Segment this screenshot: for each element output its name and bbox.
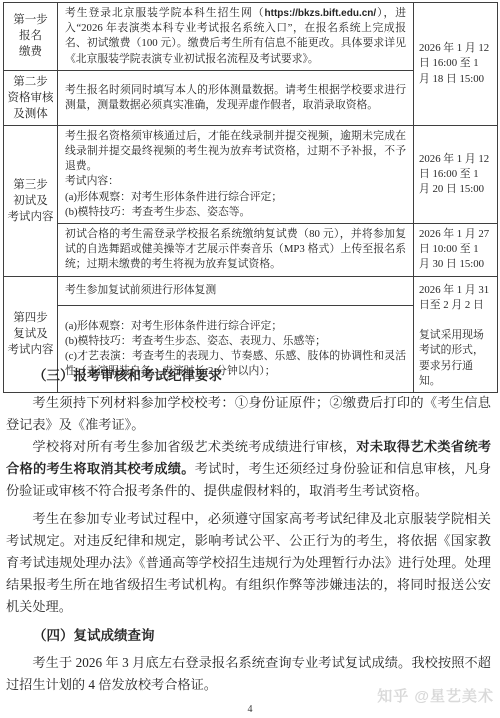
document-body: （三）报考审核和考试纪律要求 考生须持下列材料参加学校校考：①身份证原件；②缴费… (6, 366, 491, 696)
admissions-url-text: https://bkzs.bift.edu.cn/ (265, 8, 377, 19)
step1-label-cell: 第一步 报名 缴费 (4, 3, 58, 71)
step1-2-date-cell: 2026 年 1 月 12 日 16:00 至 1 月 18 日 15:00 (414, 3, 498, 126)
step2-desc-cell: 考生报名时须同时填写本人的形体测量数据。请考生根据学校要求进行测量，测量数据必须… (58, 70, 414, 125)
step1-desc-cell: 考生登录北京服装学院本科生招生网（https://bkzs.bift.edu.c… (58, 3, 414, 71)
page-number: 4 (0, 704, 500, 715)
step3-retest-fee-desc-cell: 初试合格的考生需登录学校报名系统缴纳复试费（80 元），并将参加复试的自选舞蹈或… (58, 224, 414, 277)
document-page: 第一步 报名 缴费 考生登录北京服装学院本科生招生网（https://bkzs.… (0, 0, 500, 718)
step3-retest-fee-date-cell: 2026 年 1 月 27 日 10:00 至 1 月 30 日 15:00 (414, 224, 498, 277)
section4-heading: （四）复试成绩查询 (6, 626, 491, 646)
audit-text-pre: 学校将对所有考生参加省级艺术类统考成绩进行审核， (32, 439, 356, 454)
section3-paragraph-discipline: 考生在参加专业考试过程中，必须遵守国家高考考试纪律及北京服装学院相关考试规定。对… (6, 508, 491, 618)
zhihu-watermark: 知乎 @星艺美术 (377, 685, 494, 706)
step4-body-measure-desc-cell: 考生参加复试前须进行形体复测 (58, 276, 414, 305)
step3-initial-test-date-cell: 2026 年 1 月 12 日 16:00 至 1 月 20 日 15:00 (414, 125, 498, 223)
section3-heading: （三）报考审核和考试纪律要求 (6, 366, 491, 386)
step1-desc-text: 考生登录北京服装学院本科生招生网（ (65, 7, 265, 19)
step3-initial-test-desc-cell: 考生报名资格须审核通过后，才能在线录制并提交视频，逾期未完成在线录制并提交最终视… (58, 125, 414, 223)
section3-paragraph-materials: 考生须持下列材料参加学校校考：①身份证原件；②缴费后打印的《考生信息登记表》及《… (6, 392, 491, 436)
procedure-table: 第一步 报名 缴费 考生登录北京服装学院本科生招生网（https://bkzs.… (3, 2, 498, 393)
step3-label-cell: 第三步 初试及 考试内容 (4, 125, 58, 276)
section3-paragraph-audit: 学校将对所有考生参加省级艺术类统考成绩进行审核，对未取得艺术类省统考合格的考生将… (6, 436, 491, 502)
step2-label-cell: 第二步 资格审核 及测体 (4, 70, 58, 125)
